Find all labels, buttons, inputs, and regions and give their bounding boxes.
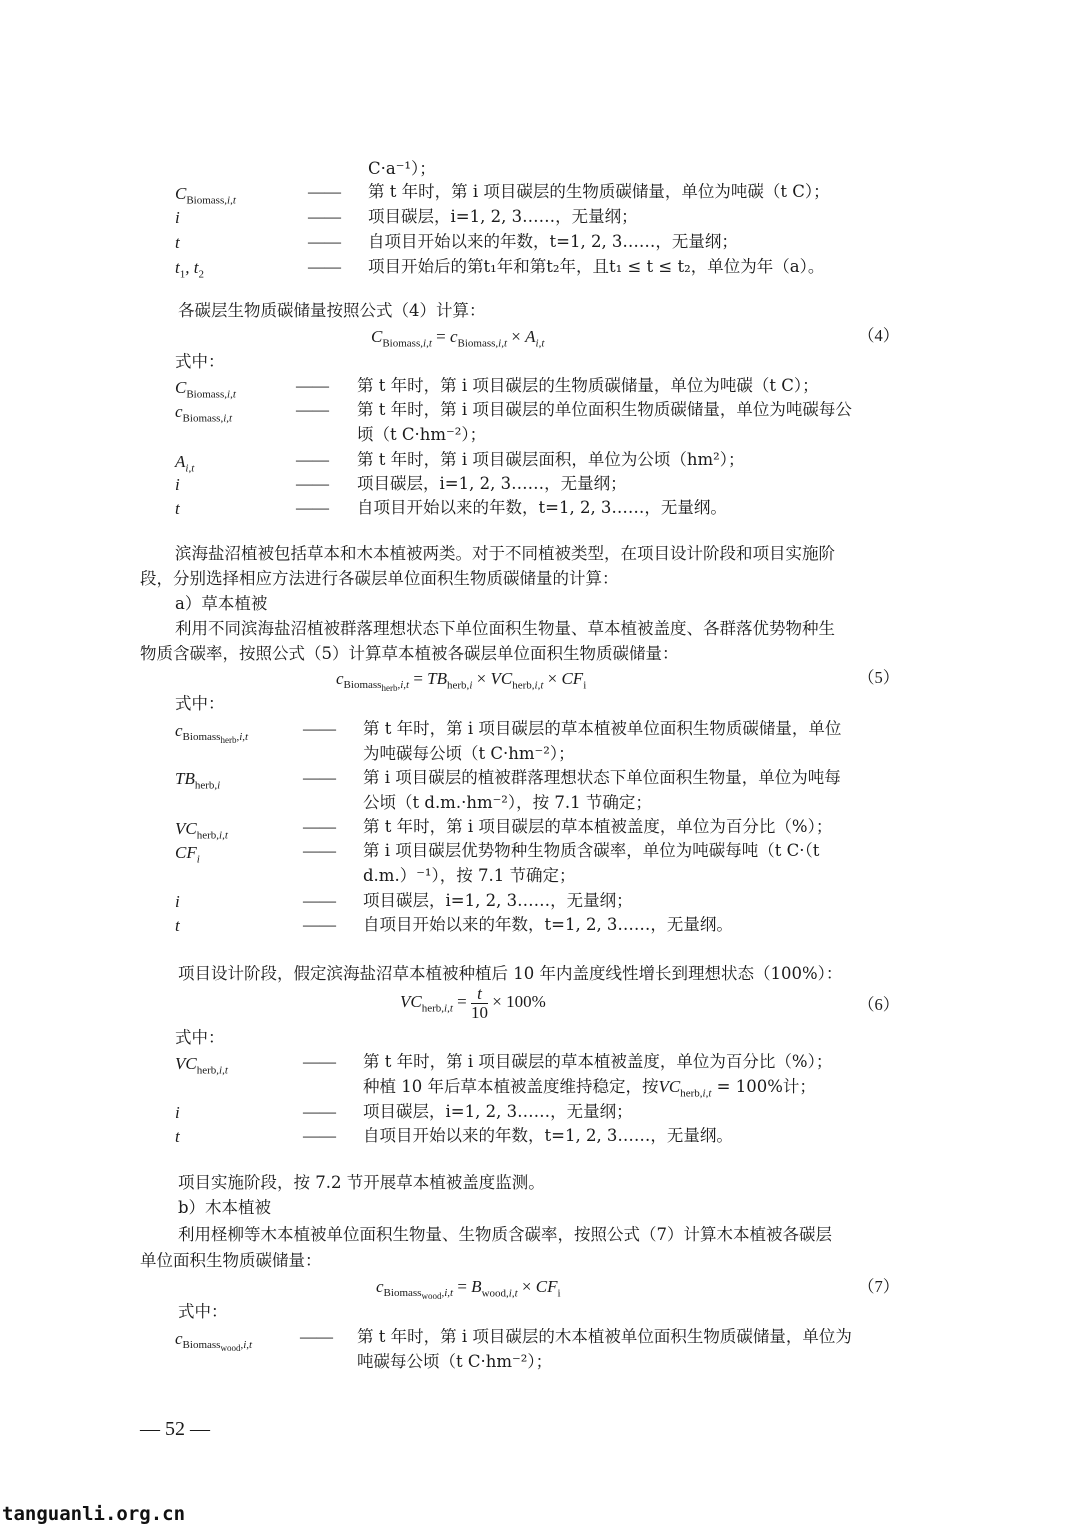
watermark: tanguanli.org.cn <box>2 1503 185 1525</box>
symbol-VC-herb: VCherb,i,t <box>659 1077 712 1096</box>
paragraph-line: 利用柽柳等木本植被单位面积生物量、生物质含碳率，按照公式（7）计算木本植被各碳层 <box>178 1224 832 1246</box>
paragraph-line: 段，分别选择相应方法进行各碳层单位面积生物质碳储量的计算： <box>140 568 619 590</box>
symbol-t: t <box>175 232 180 254</box>
formula4-expression: CBiomass,i,t = cBiomass,i,t × Ai,t <box>371 326 544 354</box>
continuation-text: C·a⁻¹）； <box>368 158 436 180</box>
definition-text: 第 t 年时，第 i 项目碳层的单位面积生物质碳储量，单位为吨碳每公 <box>357 399 852 421</box>
definition-text: 第 t 年时，第 i 项目碳层的草本植被盖度，单位为百分比（%）； <box>363 1051 832 1073</box>
symbol-i: i <box>175 1102 180 1124</box>
symbol-t: t <box>175 915 180 937</box>
formula4-intro: 各碳层生物质碳储量按照公式（4）计算： <box>178 300 486 322</box>
definition-dash: —— <box>303 1101 336 1123</box>
where-label: 式中： <box>175 351 225 373</box>
text-part: 种植 10 年后草本植被盖度维持稳定，按 <box>363 1077 659 1096</box>
symbol-C-biomass: CBiomass,i,t <box>175 183 236 211</box>
paragraph-line: 物质含碳率，按照公式（5）计算草本植被各碳层单位面积生物质碳储量： <box>140 643 679 665</box>
definition-dash: —— <box>296 399 329 421</box>
symbol-c-biomass-herb: cBiomassherb,i,t <box>175 720 248 752</box>
definition-text: 自项目开始以来的年数，t=1, 2, 3……，无量纲。 <box>363 914 733 936</box>
definition-text: 第 t 年时，第 i 项目碳层的草本植被单位面积生物质碳储量，单位 <box>363 718 841 740</box>
symbol-i: i <box>175 474 180 496</box>
fraction-denominator: 10 <box>471 1004 488 1022</box>
paragraph-line: 滨海盐沼植被包括草本和木本植被两类。对于不同植被类型，在项目设计阶段和项目实施阶 <box>175 543 835 565</box>
formula5-expression: cBiomassherb,i,t = TBherb,i × VCherb,i,t… <box>336 668 586 700</box>
formula7-expression: cBiomasswood,i,t = Bwood,i,t × CFi <box>376 1276 561 1308</box>
symbol-CF: CFi <box>175 842 200 870</box>
symbol-t: t <box>175 1126 180 1148</box>
paragraph-line: 单位面积生物质碳储量： <box>140 1250 322 1272</box>
definition-text: 自项目开始以来的年数，t=1, 2, 3……，无量纲； <box>368 231 738 253</box>
formula6-rhs: × 100% <box>492 992 546 1011</box>
fraction: t10 <box>471 985 488 1022</box>
formula4-number: （4） <box>858 325 899 347</box>
page-number: — 52 — <box>140 1418 210 1440</box>
definition-dash: —— <box>303 1051 336 1073</box>
where-label: 式中： <box>175 1027 225 1049</box>
definition-text: 第 t 年时，第 i 项目碳层的生物质碳储量，单位为吨碳（t C）； <box>357 375 819 397</box>
definition-text: 项目碳层，i=1, 2, 3……，无量纲； <box>357 473 627 495</box>
definition-text: 第 t 年时，第 i 项目碳层的草本植被盖度，单位为百分比（%）； <box>363 816 832 838</box>
symbol-c-biomass: cBiomass,i,t <box>175 401 232 429</box>
definition-text-cont: d.m.）⁻¹），按 7.1 节确定； <box>363 865 576 887</box>
symbol-TB-herb: TBherb,i <box>175 768 220 796</box>
definition-text: 第 t 年时，第 i 项目碳层面积，单位为公顷（hm²）； <box>357 449 745 471</box>
definition-dash: —— <box>303 1125 336 1147</box>
definition-dash: —— <box>296 497 329 519</box>
formula6-expression: VCherb,i,t = t10 × 100% <box>400 984 546 1026</box>
paragraph-line: 项目实施阶段，按 7.2 节开展草本植被盖度监测。 <box>178 1172 545 1194</box>
symbol-c-biomass-wood: cBiomasswood,i,t <box>175 1328 252 1360</box>
symbol-VC-herb: VCherb,i,t <box>175 1053 228 1081</box>
definition-dash: —— <box>308 206 341 228</box>
definition-text-cont: 顷（t C·hm⁻²）； <box>357 424 486 446</box>
definition-text: 自项目开始以来的年数，t=1, 2, 3……，无量纲。 <box>363 1125 733 1147</box>
definition-dash: —— <box>303 840 336 862</box>
definition-dash: —— <box>300 1326 333 1348</box>
definition-text-cont: 公顷（t d.m.·hm⁻²），按 7.1 节确定； <box>363 792 652 814</box>
definition-text: 第 i 项目碳层优势物种生物质含碳率，单位为吨碳每吨（t C·（t <box>363 840 819 862</box>
definition-dash: —— <box>308 181 341 203</box>
definition-dash: —— <box>296 375 329 397</box>
where-label: 式中： <box>178 1301 228 1323</box>
symbol-t1-t2: t1, t2 <box>175 257 204 285</box>
where-label: 式中： <box>175 693 225 715</box>
text-part: = 100%计； <box>711 1077 816 1096</box>
formula7-number: （7） <box>858 1276 899 1298</box>
symbol-i: i <box>175 891 180 913</box>
definition-text: 第 t 年时，第 i 项目碳层的生物质碳储量，单位为吨碳（t C）； <box>368 181 830 203</box>
definition-text: 项目碳层，i=1, 2, 3……，无量纲； <box>363 890 633 912</box>
definition-text-cont: 吨碳每公顷（t C·hm⁻²）； <box>357 1351 552 1373</box>
fraction-numerator: t <box>471 985 488 1004</box>
formula5-number: （5） <box>858 667 899 689</box>
formula6-intro: 项目设计阶段，假定滨海盐沼草本植被种植后 10 年内盖度线性增长到理想状态（10… <box>178 963 842 985</box>
definition-text: 项目开始后的第t₁年和第t₂年，且t₁ ≤ t ≤ t₂，单位为年（a）。 <box>368 256 824 278</box>
definition-dash: —— <box>303 914 336 936</box>
definition-dash: —— <box>303 767 336 789</box>
definition-dash: —— <box>296 449 329 471</box>
paragraph-line: 利用不同滨海盐沼植被群落理想状态下单位面积生物量、草本植被盖度、各群落优势物种生 <box>175 618 835 640</box>
definition-text: 自项目开始以来的年数，t=1, 2, 3……，无量纲。 <box>357 497 727 519</box>
section-heading-a: a）草本植被 <box>175 593 267 615</box>
definition-dash: —— <box>308 231 341 253</box>
symbol-i: i <box>175 207 180 229</box>
symbol-t: t <box>175 498 180 520</box>
section-heading-b: b）木本植被 <box>178 1197 271 1219</box>
definition-text: 项目碳层，i=1, 2, 3……，无量纲； <box>368 206 638 228</box>
definition-text-cont: 为吨碳每公顷（t C·hm⁻²）； <box>363 743 575 765</box>
definition-text: 项目碳层，i=1, 2, 3……，无量纲； <box>363 1101 633 1123</box>
definition-dash: —— <box>303 816 336 838</box>
definition-dash: —— <box>308 256 341 278</box>
definition-text: 第 i 项目碳层的植被群落理想状态下单位面积生物量，单位为吨每 <box>363 767 841 789</box>
definition-dash: —— <box>296 473 329 495</box>
definition-dash: —— <box>303 718 336 740</box>
definition-dash: —— <box>303 890 336 912</box>
definition-text: 第 t 年时，第 i 项目碳层的木本植被单位面积生物质碳储量，单位为 <box>357 1326 852 1348</box>
formula6-number: （6） <box>858 994 899 1016</box>
